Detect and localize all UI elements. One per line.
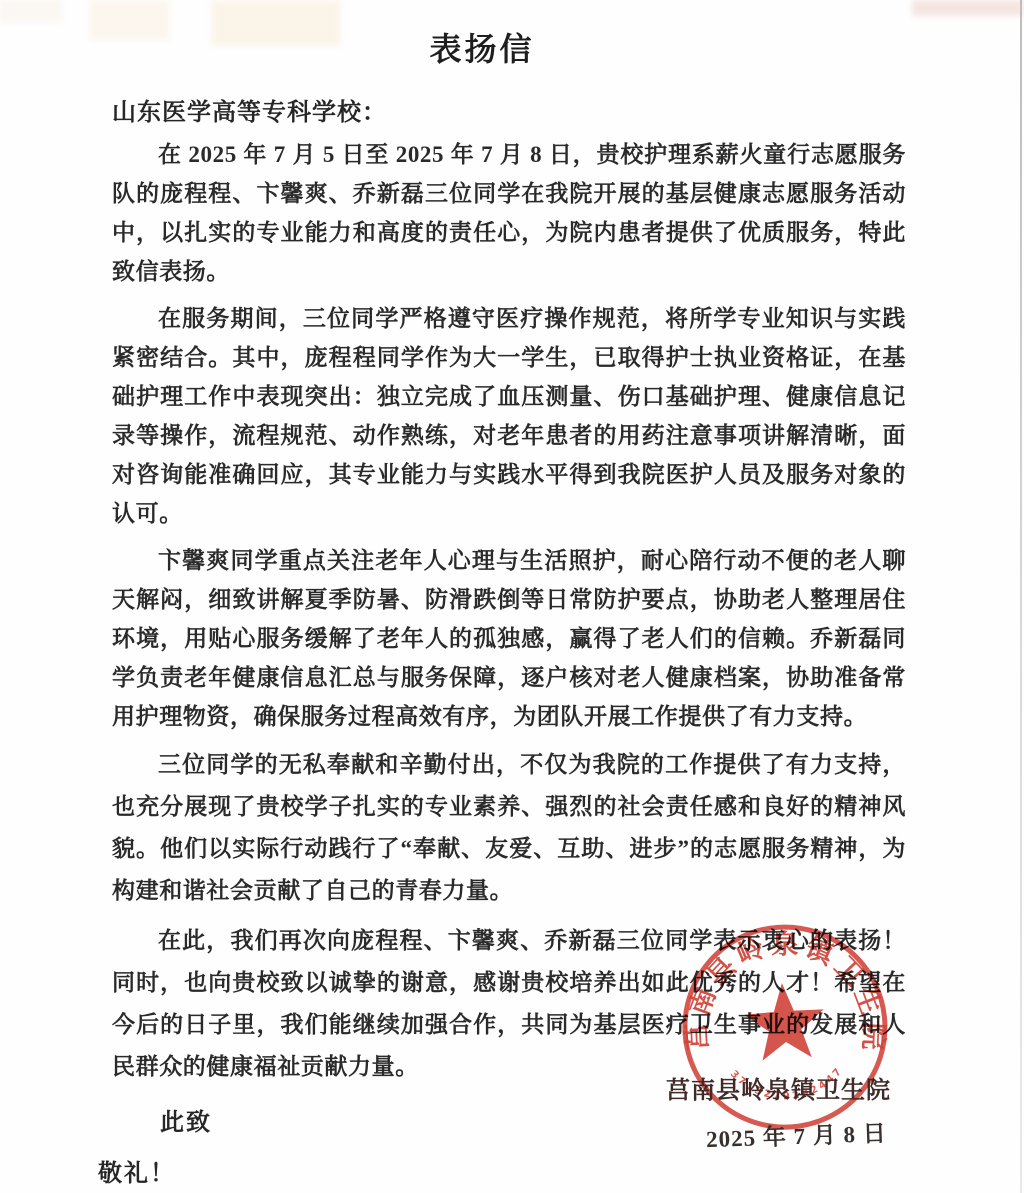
official-seal: 莒南县岭泉镇卫生院 3713279292447 (671, 913, 902, 1144)
page-title: 表扬信 (112, 16, 906, 70)
closing-jingli: 敬礼！ (98, 1153, 906, 1188)
seal-star-icon (742, 980, 827, 1061)
signature-org: 莒南县岭泉镇卫生院 (666, 1070, 891, 1105)
letter-date: 2025 年 7 月 8 日 (705, 1115, 887, 1154)
paragraph-3: 卞馨爽同学重点关注老年人心理与生活照护，耐心陪行动不便的老人聊天解闷，细致讲解夏… (112, 541, 906, 736)
salutation: 山东医学高等专科学校： (112, 92, 906, 127)
paragraph-1: 在 2025 年 7 月 5 日至 2025 年 7 月 8 日，贵校护理系薪火… (112, 135, 906, 291)
paragraph-2: 在服务期间，三位同学严格遵守医疗操作规范，将所学专业知识与实践紧密结合。其中，庞… (112, 299, 906, 533)
paragraph-4: 三位同学的无私奉献和辛勤付出，不仅为我院的工作提供了有力支持，也充分展现了贵校学… (112, 744, 906, 912)
letter-page: 表扬信 山东医学高等专科学校： 在 2025 年 7 月 5 日至 2025 年… (0, 0, 1024, 1193)
seal-graphic: 莒南县岭泉镇卫生院 3713279292447 (671, 913, 902, 1144)
